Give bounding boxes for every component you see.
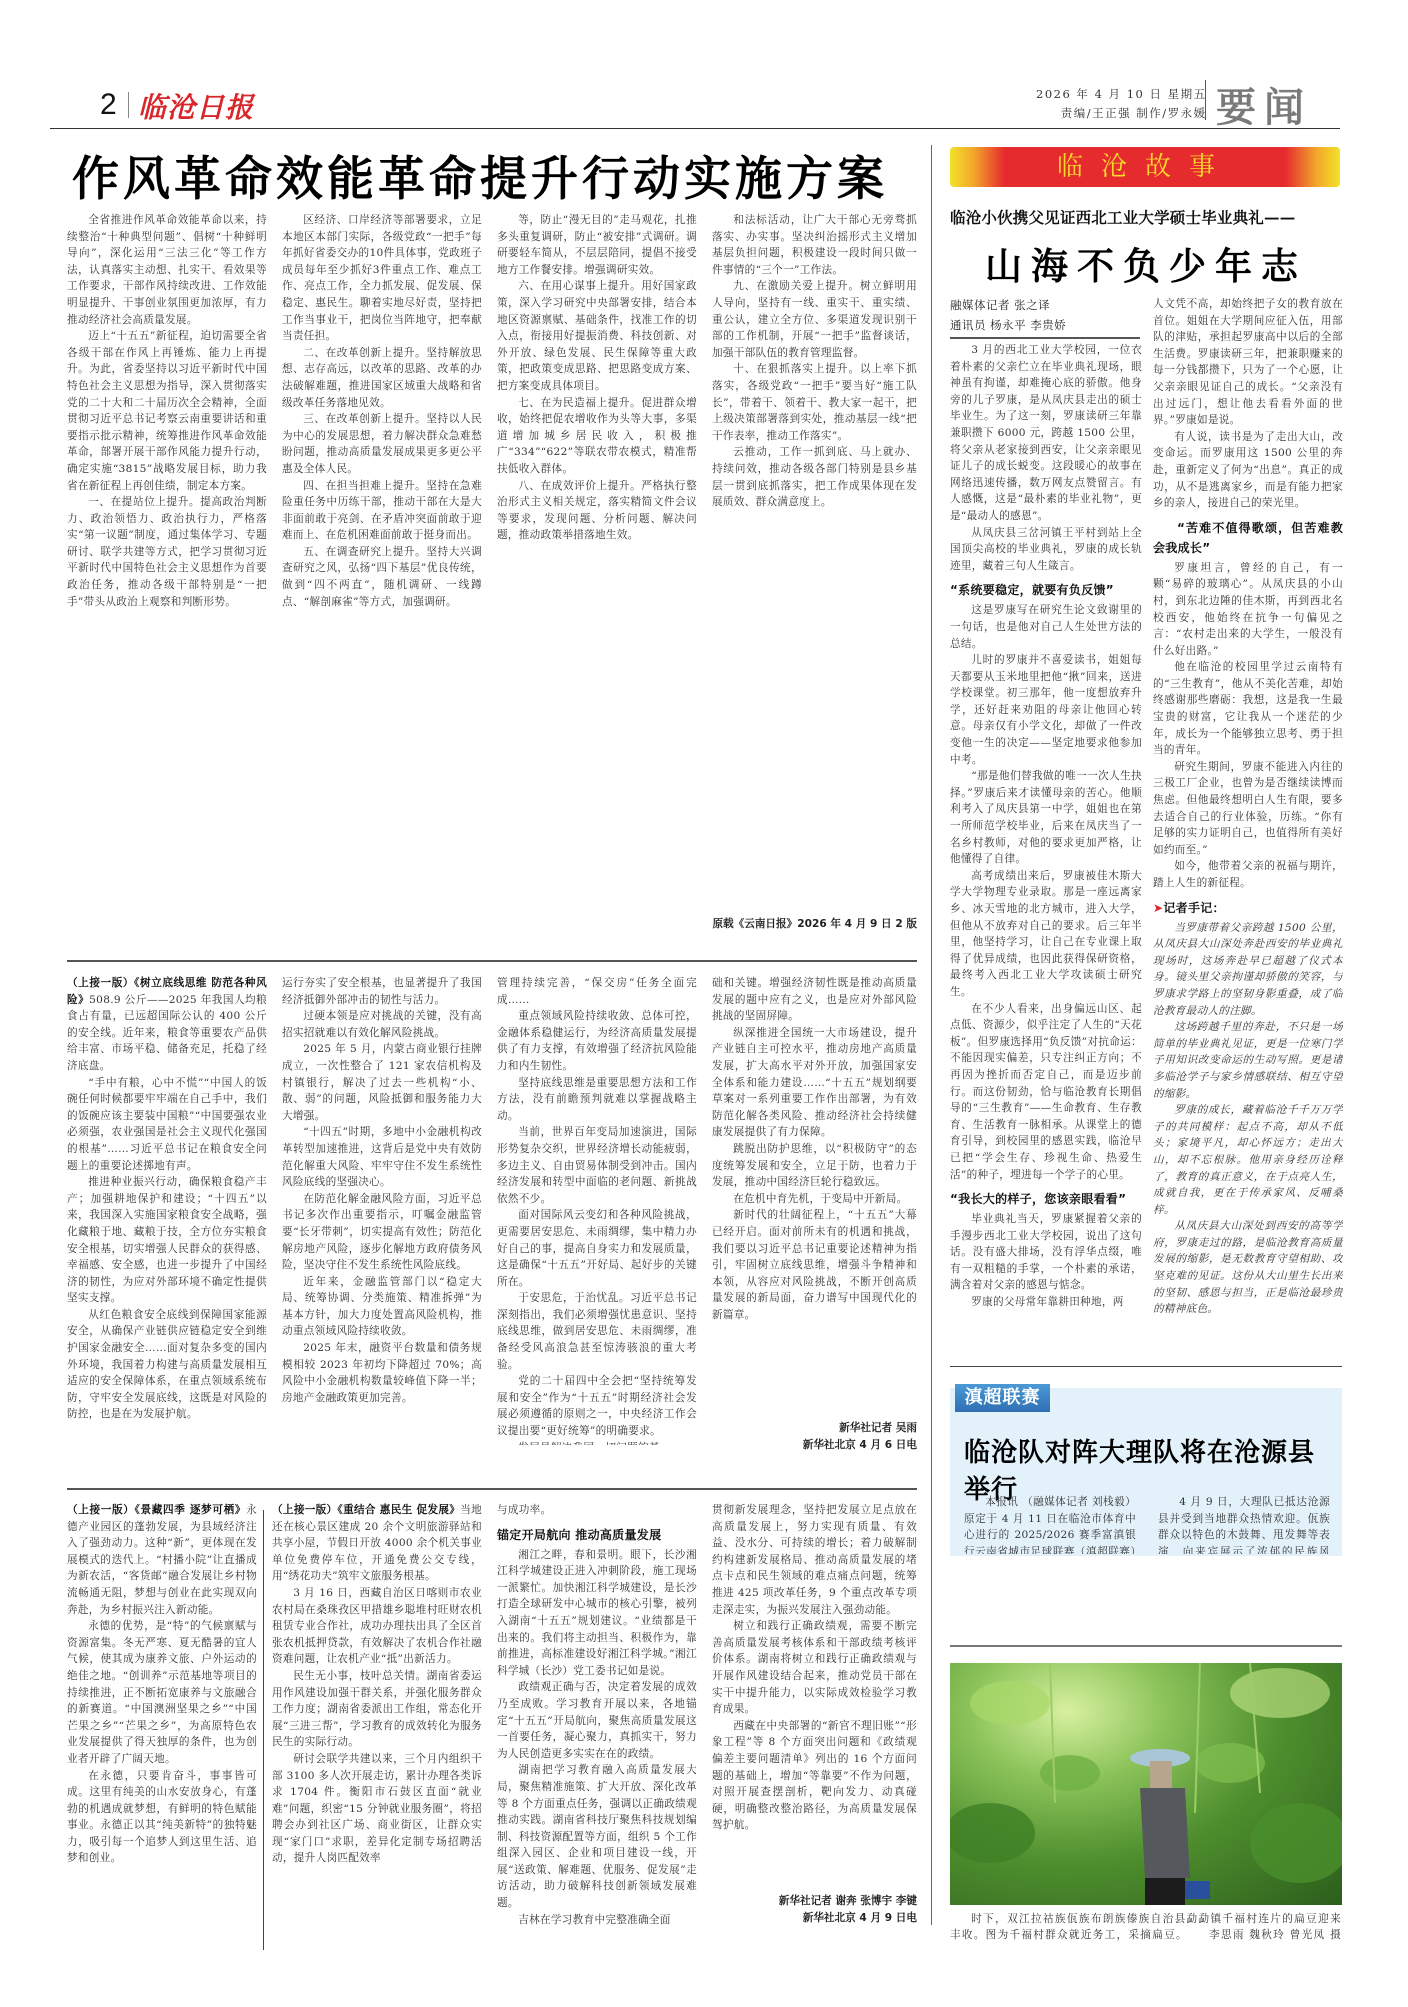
banner-label: 临沧故事 bbox=[1057, 152, 1233, 182]
section-title: 要闻 bbox=[1216, 76, 1312, 133]
lead-col-2: 区经济、口岸经济等部署要求，立足本地区本部门实际，各级党政“一把手”每年抓好省委… bbox=[282, 212, 482, 952]
story-byline: 融媒体记者 张之译 通讯员 杨永平 李贵娇 bbox=[950, 295, 1140, 339]
story-subhead-3: “苦难不值得歌颂，但苦难教会我成长” bbox=[1153, 518, 1343, 558]
reporter-name: 融媒体记者 张之译 bbox=[950, 295, 1140, 315]
story-kicker: 临沧小伙携父见证西北工业大学硕士毕业典礼—— bbox=[950, 206, 1342, 228]
issue-date: 2026 年 4 月 10 日 星期五 bbox=[1036, 85, 1207, 104]
paragraph: 政绩观正确与否，决定着发展的成效乃至成败。学习教育开展以来，各地锚定“十五五”开… bbox=[497, 1679, 697, 1762]
paragraph: 当前，世界百年变局加速演进，国际形势复杂交织，世界经济增长动能疲弱，多边主义、自… bbox=[497, 1124, 697, 1207]
paragraph: 云推动，工作一抓到底、马上就办、持续问效，推动各级各部门特别是县乡基层一贯到底抓… bbox=[712, 444, 917, 510]
bottom-col-1: （上接一版）《景藏四季 逐梦可栖》永德产业园区的蓬勃发展，为县域经济注入了强劲动… bbox=[67, 1502, 257, 1972]
paragraph: 区经济、口岸经济等部署要求，立足本地区本部门实际，各级党政“一把手”每年抓好省委… bbox=[282, 212, 482, 345]
paragraph: 跳脱出防护思维，以“积极防守”的态度统筹发展和安全，立足于防，也着力于发展，推动… bbox=[712, 1141, 917, 1191]
dispatch-line: 新华社北京 4 月 9 日电 bbox=[712, 1910, 917, 1927]
paragraph: 吉林在学习教育中完整准确全面 bbox=[497, 1912, 697, 1929]
arrow-icon: ➤ bbox=[1153, 901, 1163, 915]
middle-bottom-rule bbox=[67, 1488, 917, 1490]
paragraph: 础和关键。增强经济韧性既是推动高质量发展的题中应有之义，也是应对外部风险挑战的坚… bbox=[712, 975, 917, 1025]
lead-bottom-rule bbox=[67, 960, 917, 962]
paragraph: 湘江之畔，春和景明。眼下，长沙湘江科学城建设正进入冲刺阶段，施工现场一派繁忙。加… bbox=[497, 1547, 697, 1680]
paragraph: 七、在为民造福上提升。促进群众增收，始终把促农增收作为头等大事，多渠道增加城乡居… bbox=[497, 395, 697, 478]
page-number: 2 bbox=[100, 88, 117, 122]
paragraph: 贯彻新发展理念，坚持把发展立足点放在高质量发展上，努力实现有质量、有效益、没水分… bbox=[712, 1502, 917, 1618]
paragraph: 罗康的父母常年靠耕田种地，两 bbox=[950, 1294, 1142, 1311]
paragraph: 永德产业园区的蓬勃发展，为县域经济注入了强劲动力。这种“新”，更体现在发展模式的… bbox=[67, 1504, 257, 1616]
story-col-1: 3 月的西北工业大学校园，一位衣着朴素的父亲伫立在毕业典礼现场，眼神虽有拘谨，却… bbox=[950, 342, 1142, 1347]
bean-harvest-photo bbox=[950, 1663, 1342, 1905]
paragraph: 研究生期间，罗康不能进入内往的三极工厂企业，也曾为是否继续读博而焦虑。但他最终想… bbox=[1153, 759, 1343, 859]
lead-col-3: 等，防止“漫无目的”走马观花，扎推多头重复调研，防止“被安排”式调研。调研要轻车… bbox=[497, 212, 697, 952]
paragraph: 如今，他带着父亲的祝福与期许，踏上人生的新征程。 bbox=[1153, 858, 1343, 891]
subhead: 锚定开局航向 推动高质量发展 bbox=[497, 1525, 697, 1545]
right-column-divider bbox=[931, 145, 932, 1925]
paragraph: 管理持续完善，“保交房”任务全面完成…… bbox=[497, 975, 697, 1008]
story-headline: 山海不负少年志 bbox=[950, 236, 1342, 290]
paragraph: 当罗康带着父亲跨越 1500 公里，从凤庆县大山深处奔赴西安的毕业典礼现场时，这… bbox=[1153, 920, 1343, 1020]
paragraph: 湖南把学习教育融入高质量发展大局，聚焦精准施策、扩大开放、深化改革等 8 个方面… bbox=[497, 1762, 697, 1911]
paragraph: 和法标活动，让广大干部心无旁骛抓落实、办实事。坚决纠治摇形式主义增加基层负担问题… bbox=[712, 212, 917, 278]
reporter-note: 当罗康带着父亲跨越 1500 公里，从凤庆县大山深处奔赴西安的毕业典礼现场时，这… bbox=[1153, 920, 1343, 1318]
lead-col-1: 全省推进作风革命效能革命以来，持续整治“十种典型问题”、倡树“十种鲜明导向”，深… bbox=[67, 212, 267, 952]
paragraph: 发展是解决我国一切问题的基 bbox=[497, 1440, 697, 1445]
paragraph: 全省推进作风革命效能革命以来，持续整治“十种典型问题”、倡树“十种鲜明导向”，深… bbox=[67, 212, 267, 328]
paragraph: 从凤庆县大山深处到西安的高等学府，罗康走过的路，是临沧教育高质量发展的缩影，是无… bbox=[1153, 1218, 1343, 1318]
paragraph: 有人说，读书是为了走出大山，改变命运。而罗康用这 1500 公里的奔赴，重新定义… bbox=[1153, 429, 1343, 512]
cont-col-3: 管理持续完善，“保交房”任务全面完成…… 重点领域风险持续收敛、总体可控，金融体… bbox=[497, 975, 697, 1445]
paragraph: 这场跨越千里的奔赴，不只是一场简单的毕业典礼见证，更是一位寒门学子用知识改变命运… bbox=[1153, 1019, 1343, 1102]
story-col-2: 人文凭不高，却始终把子女的教育放在首位。姐姐在大学期间应征入伍，用部队的津贴，承… bbox=[1153, 296, 1343, 1346]
paragraph: 面对国际风云变幻和各种风险挑战，更需要居安思危、未雨绸缪，集中精力办好自己的事，… bbox=[497, 1207, 697, 1290]
paragraph: 在防范化解金融风险方面，习近平总书记多次作出重要指示，叮嘱金融监管要“长牙带刺”… bbox=[282, 1191, 482, 1274]
paragraph: 十、在狠抓落实上提升。以上率下抓落实，各级党政“一把手”要当好“施工队长”，带着… bbox=[712, 361, 917, 444]
reporter-note-title: ➤记者手记： bbox=[1153, 898, 1343, 918]
paragraph: 3 月 16 日，西藏自治区日喀则市农业农村局在桑珠孜区甲措雄乡聪堆村旺财农机租… bbox=[272, 1585, 482, 1668]
paragraph: “那是他们替我做的唯一一次人生抉择。”罗康后来才读懂母亲的苦心。他顺利考入了凤庆… bbox=[950, 768, 1142, 868]
sports-col-2: 4 月 9 日，大理队已抵达沧源县并受到当地群众热情欢迎。佤族群众以特色的木鼓舞… bbox=[1158, 1494, 1330, 1554]
masthead-divider bbox=[128, 92, 129, 118]
note-title-text: 记者手记： bbox=[1163, 901, 1225, 915]
paragraph: 本报讯 （融媒体记者 刘栈毅）原定于 4 月 11 日在临沧市体育中心进行的 2… bbox=[964, 1494, 1136, 1554]
bottom-col-4: 贯彻新发展理念，坚持把发展立足点放在高质量发展上，努力实现有质量、有效益、没水分… bbox=[712, 1502, 917, 1882]
paragraph: 人文凭不高，却始终把子女的教育放在首位。姐姐在大学期间应征入伍，用部队的津贴，承… bbox=[1153, 296, 1343, 429]
dateline: 2026 年 4 月 10 日 星期五 责编/王正强 制作/罗永媛 bbox=[1036, 85, 1207, 123]
cont-col-2: 运行夯实了安全根基，也显著提升了我国经济抵御外部冲击的韧性与活力。 过硬本领是应… bbox=[282, 975, 482, 1445]
dispatch-line: 新华社北京 4 月 6 日电 bbox=[712, 1437, 917, 1454]
reporter-credit: 新华社记者 谢奔 张博宇 李键 bbox=[712, 1893, 917, 1910]
masthead-rule bbox=[50, 128, 1340, 129]
paragraph: 五、在调查研究上提升。坚持大兴调查研究之风，弘扬“四下基层”优良传统，做到“四不… bbox=[282, 544, 482, 610]
paragraph: 4 月 9 日，大理队已抵达沧源县并受到当地群众热情欢迎。佤族群众以特色的木鼓舞… bbox=[1158, 1494, 1330, 1554]
paragraph: 等，防止“漫无目的”走马观花，扎推多头重复调研，防止“被安排”式调研。调研要轻车… bbox=[497, 212, 697, 278]
photo-credit: 李思雨 魏秋玲 曾光凤 摄 bbox=[1209, 1927, 1342, 1943]
paragraph: 三、在改革创新上提升。坚持以人民为中心的发展思想，着力解决群众急难愁盼问题，推动… bbox=[282, 411, 482, 477]
paragraph: 在永德，只要肯奋斗，事事皆可成。这里有纯美的山水安放身心，有蓬勃的机遇成就梦想，… bbox=[67, 1768, 257, 1868]
continued-lead: （上接一版）《重结合 惠民生 促发展》 bbox=[272, 1504, 460, 1516]
paragraph: 坚持底线思维是重要思想方法和工作方法，没有前瞻预判就难以掌握战略主动。 bbox=[497, 1075, 697, 1125]
paragraph: 六、在用心谋事上提升。用好国家政策，深入学习研究中央部署安排，结合本地区资源禀赋… bbox=[497, 278, 697, 394]
paragraph: 九、在激励关爱上提升。树立鲜明用人导向，坚持有一线、重实干、重实绩、重公认，建立… bbox=[712, 278, 917, 361]
paragraph: 二、在改革创新上提升。坚持解放思想、志存高远，以改革的思路、改革的办法破解难题，… bbox=[282, 345, 482, 411]
lead-headline: 作风革命效能革命提升行动实施方案 bbox=[72, 142, 888, 209]
paragraph: 推进种业振兴行动，确保粮食稳产丰产；加强耕地保护和建设；“十四五”以来，我国深入… bbox=[67, 1174, 267, 1307]
paragraph: 西藏在中央部署的“新官不理旧账”“形象工程”等 8 个方面突出问题和《政绩观偏差… bbox=[712, 1718, 917, 1834]
editor-credits: 责编/王正强 制作/罗永媛 bbox=[1036, 104, 1207, 123]
paragraph: 新时代的壮阔征程上，“十五五”大幕已经开启。面对前所未有的机遇和挑战，我们要以习… bbox=[712, 1207, 917, 1323]
column-divider bbox=[263, 1510, 264, 1950]
paragraph: 在危机中育先机，于变局中开新局。 bbox=[712, 1191, 917, 1208]
paragraph: 树立和践行正确政绩观，需要不断完善高质量发展考核体系和干部政绩考核评价体系。湖南… bbox=[712, 1618, 917, 1718]
paragraph: 从凤庆县三岔河镇王平村到站上全国顶尖高校的毕业典礼，罗康的成长轨迹里，藏着三句人… bbox=[950, 525, 1142, 575]
lead-col-4: 和法标活动，让广大干部心无旁骛抓落实、办实事。坚决纠治摇形式主义增加基层负担问题… bbox=[712, 212, 917, 912]
photo-top-rule bbox=[950, 1645, 1342, 1647]
paragraph: 民生无小事，枝叶总关情。湖南省委运用作风建设加强干群关系，并强化服务群众工作力度… bbox=[272, 1668, 482, 1751]
paper-logo: 临沧日报 bbox=[138, 86, 254, 126]
bottom-col-2: （上接一版）《重结合 惠民生 促发展》当地还在核心景区建成 20 余个文明旅游驿… bbox=[272, 1502, 482, 1972]
section-divider bbox=[1205, 80, 1206, 120]
paragraph: 2025 年末，融资平台数量和债务规模相较 2023 年初均下降超过 70%；高… bbox=[282, 1340, 482, 1406]
paragraph: 永德的优势，是“特”的气候禀赋与资源富集。冬无严寒、夏无酷暑的宜人气候，使其成为… bbox=[67, 1618, 257, 1767]
photo-illustration bbox=[950, 1663, 1342, 1905]
paragraph: 毕业典礼当天，罗康紧握着父亲的手漫步西北工业大学校园，说出了这句话。没有盛大排场… bbox=[950, 1211, 1142, 1294]
paragraph: 四、在担当担难上提升。坚持在急难险重任务中历练干部，推动干部在大是大非面前敢于亮… bbox=[282, 478, 482, 544]
paragraph: 过硬本领是应对挑战的关键，没有高招实招就难以有效化解风险挑战。 bbox=[282, 1008, 482, 1041]
paragraph: “手中有粮，心中不慌”“中国人的饭碗任何时候都要牢牢端在自己手中，我们的饭碗应该… bbox=[67, 1075, 267, 1175]
paragraph: 八、在成效评价上提升。严格执行整治形式主义相关规定，落实精简文件会议等要求，发现… bbox=[497, 478, 697, 544]
paragraph: 重点领域风险持续收敛、总体可控，金融体系稳健运行，为经济高质量发展提供了有力支撑… bbox=[497, 1008, 697, 1074]
xinhua-signature-2: 新华社记者 谢奔 张博宇 李键 新华社北京 4 月 9 日电 bbox=[712, 1893, 917, 1927]
paragraph: 在不少人看来，出身偏远山区、起点低、资源少，似乎注定了人生的“天花板”。但罗康选… bbox=[950, 1001, 1142, 1184]
paragraph: 儿时的罗康并不喜爱读书，姐姐每天都要从玉米地里把他“揪”回来，送进学校课堂。初三… bbox=[950, 652, 1142, 768]
sports-tag: 滇超联赛 bbox=[955, 1384, 1050, 1412]
paragraph: 运行夯实了安全根基，也显著提升了我国经济抵御外部冲击的韧性与活力。 bbox=[282, 975, 482, 1008]
paragraph: “十四五”时期，多地中小金融机构改革转型加速推进，这背后是党中央有效防范化解重大… bbox=[282, 1124, 482, 1190]
photo-caption: 时下，双江拉祜族佤族布朗族傣族自治县勐勐镇千福村连片的扁豆迎来丰收。图为千福村群… bbox=[950, 1911, 1342, 1943]
xinhua-signature-1: 新华社记者 吴雨 新华社北京 4 月 6 日电 bbox=[712, 1420, 917, 1454]
paragraph: 508.9 公斤——2025 年我国人均粮食占有量，已远超国际公认的 400 公… bbox=[67, 994, 267, 1072]
paragraph: 从红色粮食安全底线到保障国家能源安全，从确保产业链供应链稳定安全到维护国家金融安… bbox=[67, 1307, 267, 1423]
paragraph: 罗康坦言，曾经的自己，有一颗“易碎的玻璃心”。从凤庆县的小山村，到东北边陲的佳木… bbox=[1153, 560, 1343, 660]
story-bottom-rule bbox=[950, 1366, 1342, 1367]
paragraph: 迈上“十五五”新征程，迫切需要全省各级干部在作风上再锤炼、能力上再提升。为此，省… bbox=[67, 328, 267, 494]
cont-col-4: 础和关键。增强经济韧性既是推动高质量发展的题中应有之义，也是应对外部风险挑战的坚… bbox=[712, 975, 917, 1395]
paragraph: 于安思危，于治忧乱。习近平总书记深刻指出，我们必须增强忧患意识、坚持底线思维，做… bbox=[497, 1290, 697, 1373]
paragraph: 高考成绩出来后，罗康被佳木斯大学大学物理专业录取。那是一座远离家乡、冰天雪地的北… bbox=[950, 868, 1142, 1001]
continued-lead: （上接一版）《景藏四季 逐梦可栖》 bbox=[67, 1504, 246, 1516]
reporter-credit: 新华社记者 吴雨 bbox=[712, 1420, 917, 1437]
story-subhead-1: “系统要稳定，就要有负反馈” bbox=[950, 580, 1142, 600]
story-banner: 临沧故事 bbox=[950, 147, 1340, 187]
story-subhead-2: “我长大的样子，您该亲眼看看” bbox=[950, 1189, 1142, 1209]
paragraph: 一、在提站位上提升。提高政治判断力、政治领悟力、政治执行力，严格落实“第一议题”… bbox=[67, 494, 267, 610]
lead-source: 原载《云南日报》2026 年 4 月 9 日 2 版 bbox=[712, 916, 917, 933]
sports-col-1: 本报讯 （融媒体记者 刘栈毅）原定于 4 月 11 日在临沧市体育中心进行的 2… bbox=[964, 1494, 1136, 1554]
paragraph: 党的二十届四中全会把“坚持统筹发展和安全”作为“十五五”时期经济社会发展必须遵循… bbox=[497, 1373, 697, 1439]
correspondent-names: 通讯员 杨永平 李贵娇 bbox=[950, 315, 1140, 335]
paragraph: 3 月的西北工业大学校园，一位衣着朴素的父亲伫立在毕业典礼现场，眼神虽有拘谨，却… bbox=[950, 342, 1142, 525]
paragraph: 与成功率。 bbox=[497, 1502, 697, 1519]
cont-col-1: （上接一版）《树立底线思维 防范各种风险》508.9 公斤——2025 年我国人… bbox=[67, 975, 267, 1445]
paragraph: 这是罗康写在研究生论文致谢里的一句话，也是他对自己人生处世方法的总结。 bbox=[950, 602, 1142, 652]
paragraph: 2025 年 5 月，内蒙古商业银行挂牌成立，一次性整合了 121 家农信机构及… bbox=[282, 1041, 482, 1124]
paragraph: 他在临沧的校园里学过云南特有的“三生教育”，他从不美化苦难，却始终感谢那些磨砺：… bbox=[1153, 659, 1343, 759]
bottom-col-3: 与成功率。 锚定开局航向 推动高质量发展 湘江之畔，春和景明。眼下，长沙湘江科学… bbox=[497, 1502, 697, 1972]
paragraph: 纵深推进全国统一大市场建设，提升产业链自主可控水平，推动房地产高质量发展，扩大高… bbox=[712, 1025, 917, 1141]
paragraph: 罗康的成长，藏着临沧千千万万学子的共同模样：起点不高，却从不低头；家境平凡，却心… bbox=[1153, 1102, 1343, 1218]
paragraph: 研讨会联学共建以来，三个月内组织干部 3100 多人次开展走访，累计办理各类诉求… bbox=[272, 1751, 482, 1867]
paragraph: 近年来，金融监管部门以“稳定大局、统筹协调、分类施策、精准拆弹”为基本方针，加大… bbox=[282, 1274, 482, 1340]
